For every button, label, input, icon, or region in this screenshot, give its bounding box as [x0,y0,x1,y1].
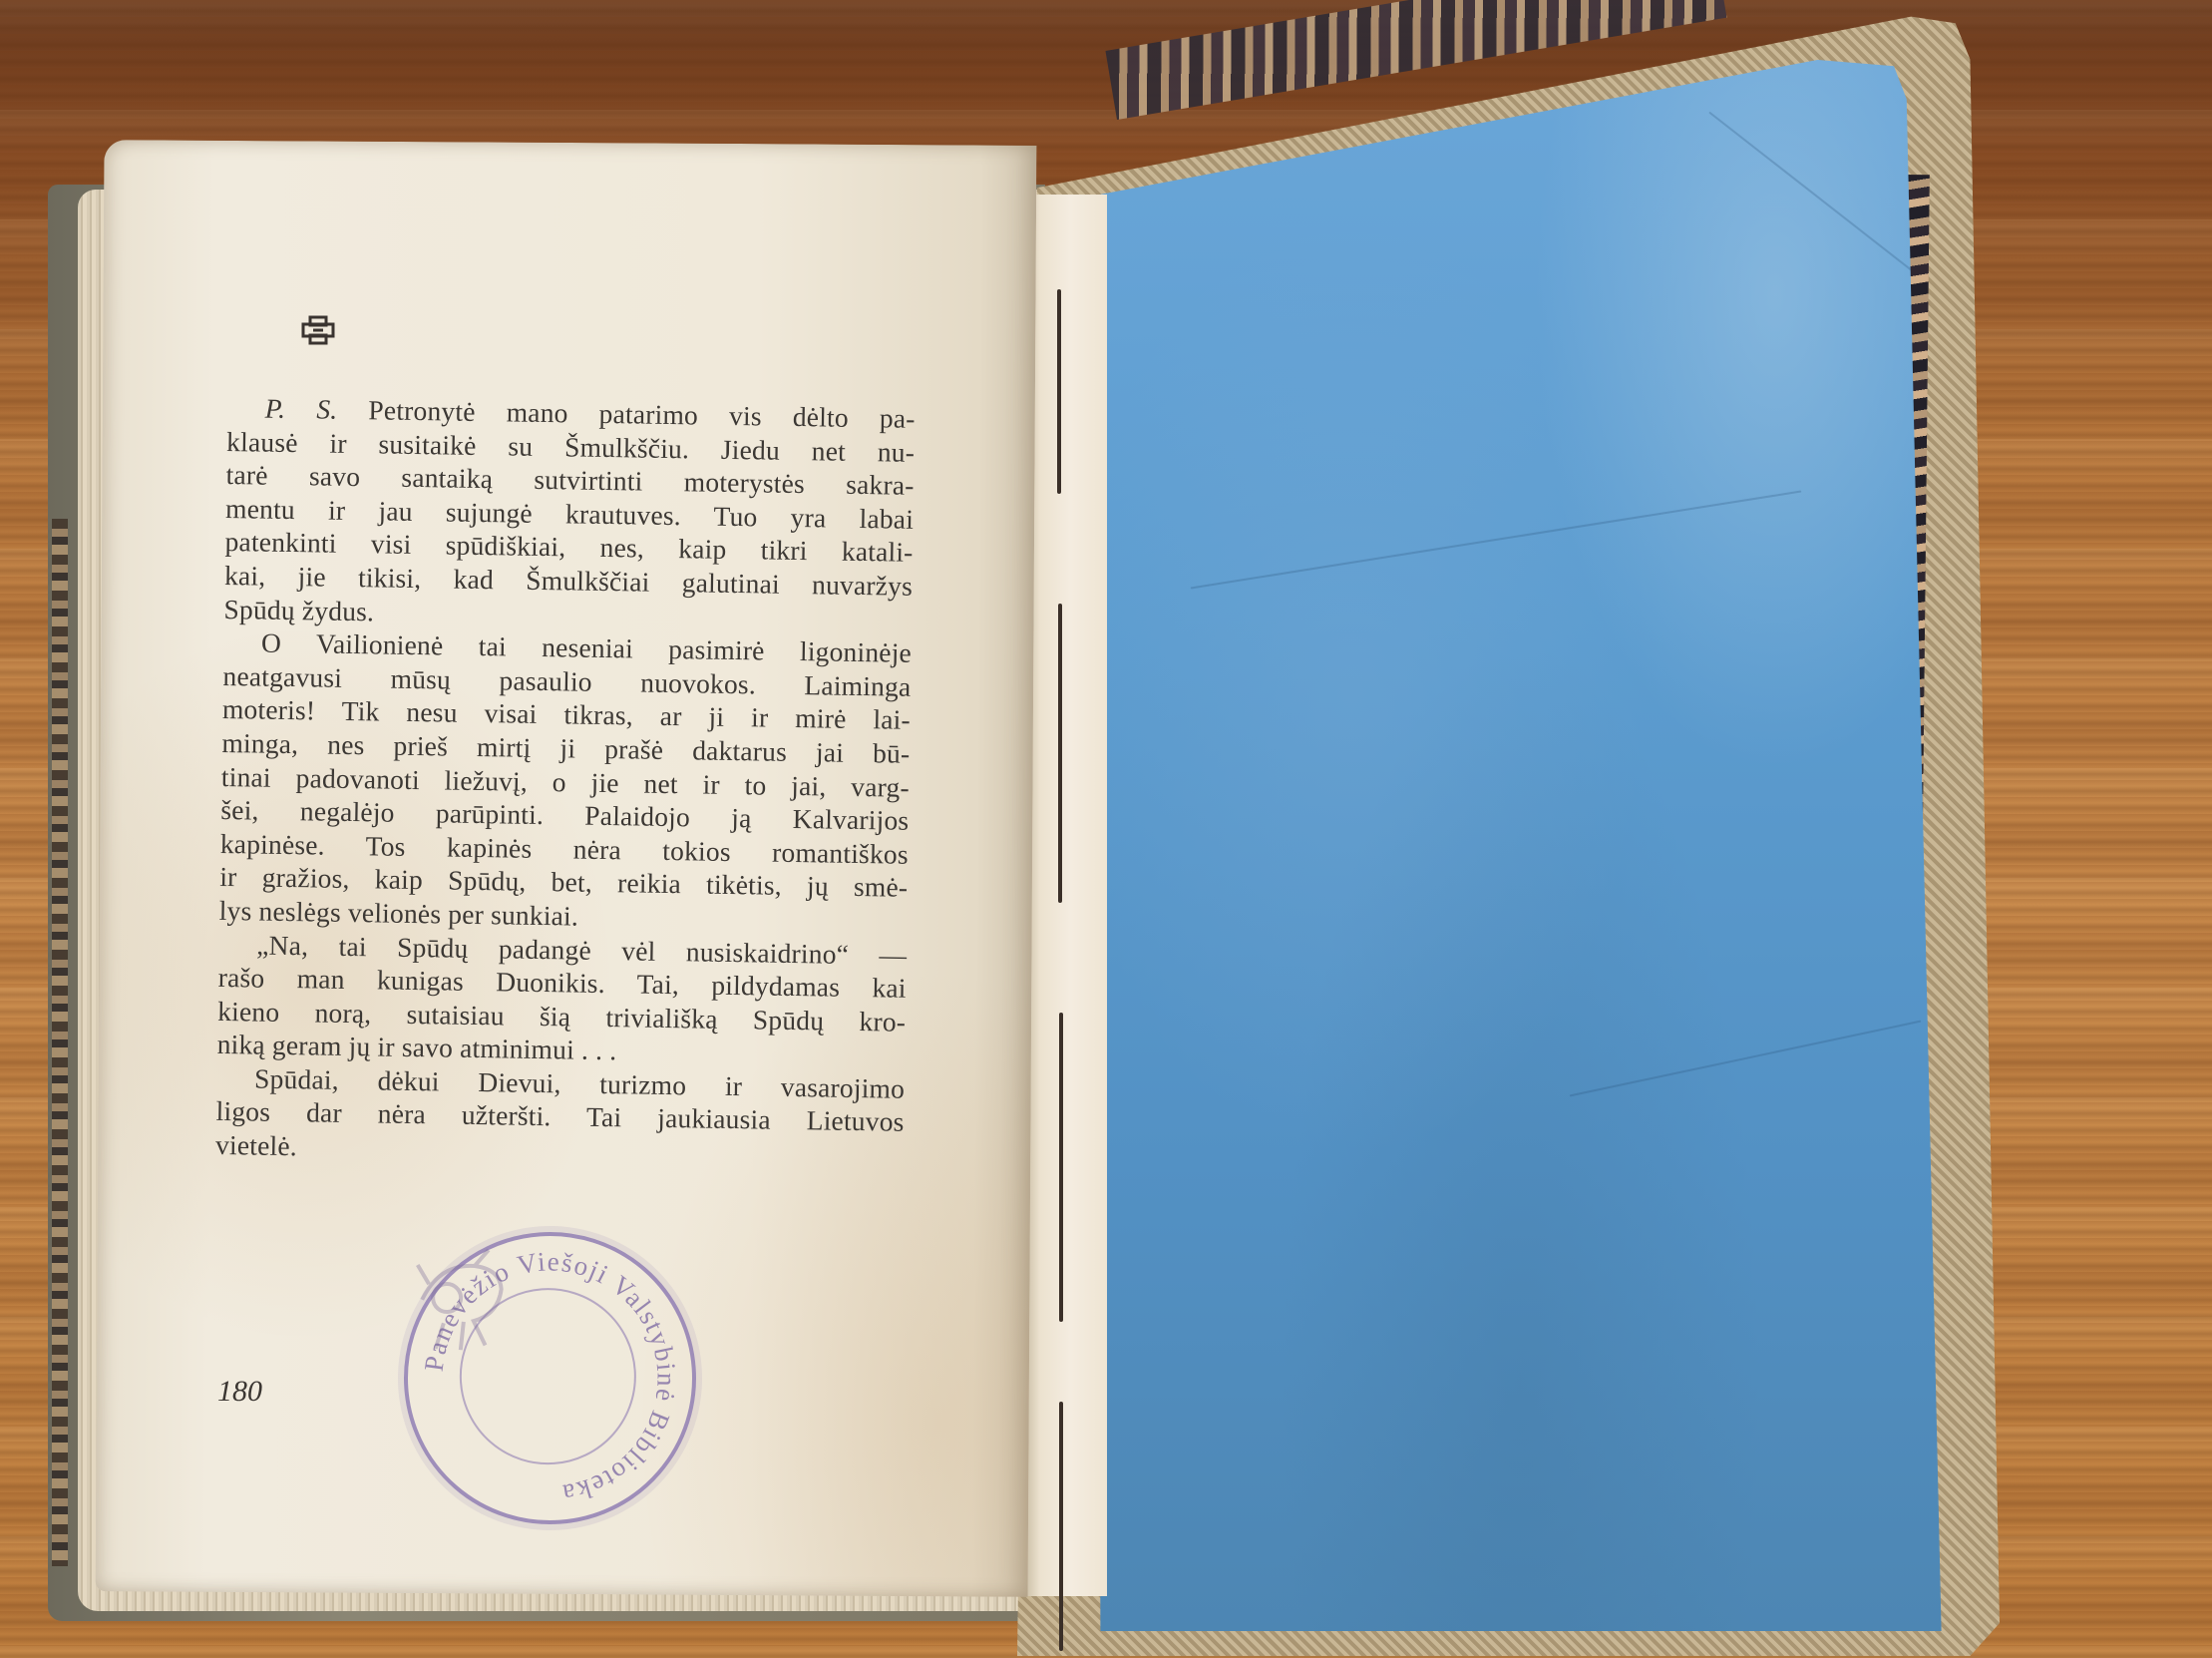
marbled-cover-edge-left [52,519,68,1566]
cross-knot-ornament-icon [301,315,335,345]
blue-endpaper [1097,60,1945,1631]
binding-stitch [1059,1013,1063,1322]
page-number: 180 [217,1375,262,1409]
paragraph: „Na, tai Spūdų padangė vėl nusiskaidrino… [216,927,907,1071]
binding-stitch [1057,289,1061,494]
paper-crease [1191,491,1802,590]
vytis-emblem-icon [398,1238,521,1366]
library-stamp: Panevėžio Viešoji Valstybinė Biblioteka [394,1222,706,1534]
paper-crease [1570,1021,1922,1097]
paragraph: P. S. Petronytė mano patarimo vis dėlto … [223,391,916,636]
gutter-page-strip [1025,195,1107,1596]
binding-stitch [1058,604,1062,903]
paragraph: Spūdai, dėkui Dievui, turizmo ir vasaroj… [215,1061,905,1173]
body-text: P. S. Petronytė mano patarimo vis dėlto … [215,391,916,1172]
paragraph: O Vailionienė tai neseniai pasimirė ligo… [219,625,913,938]
ps-label: P. S. [264,393,337,425]
binding-stitch [1059,1402,1063,1651]
